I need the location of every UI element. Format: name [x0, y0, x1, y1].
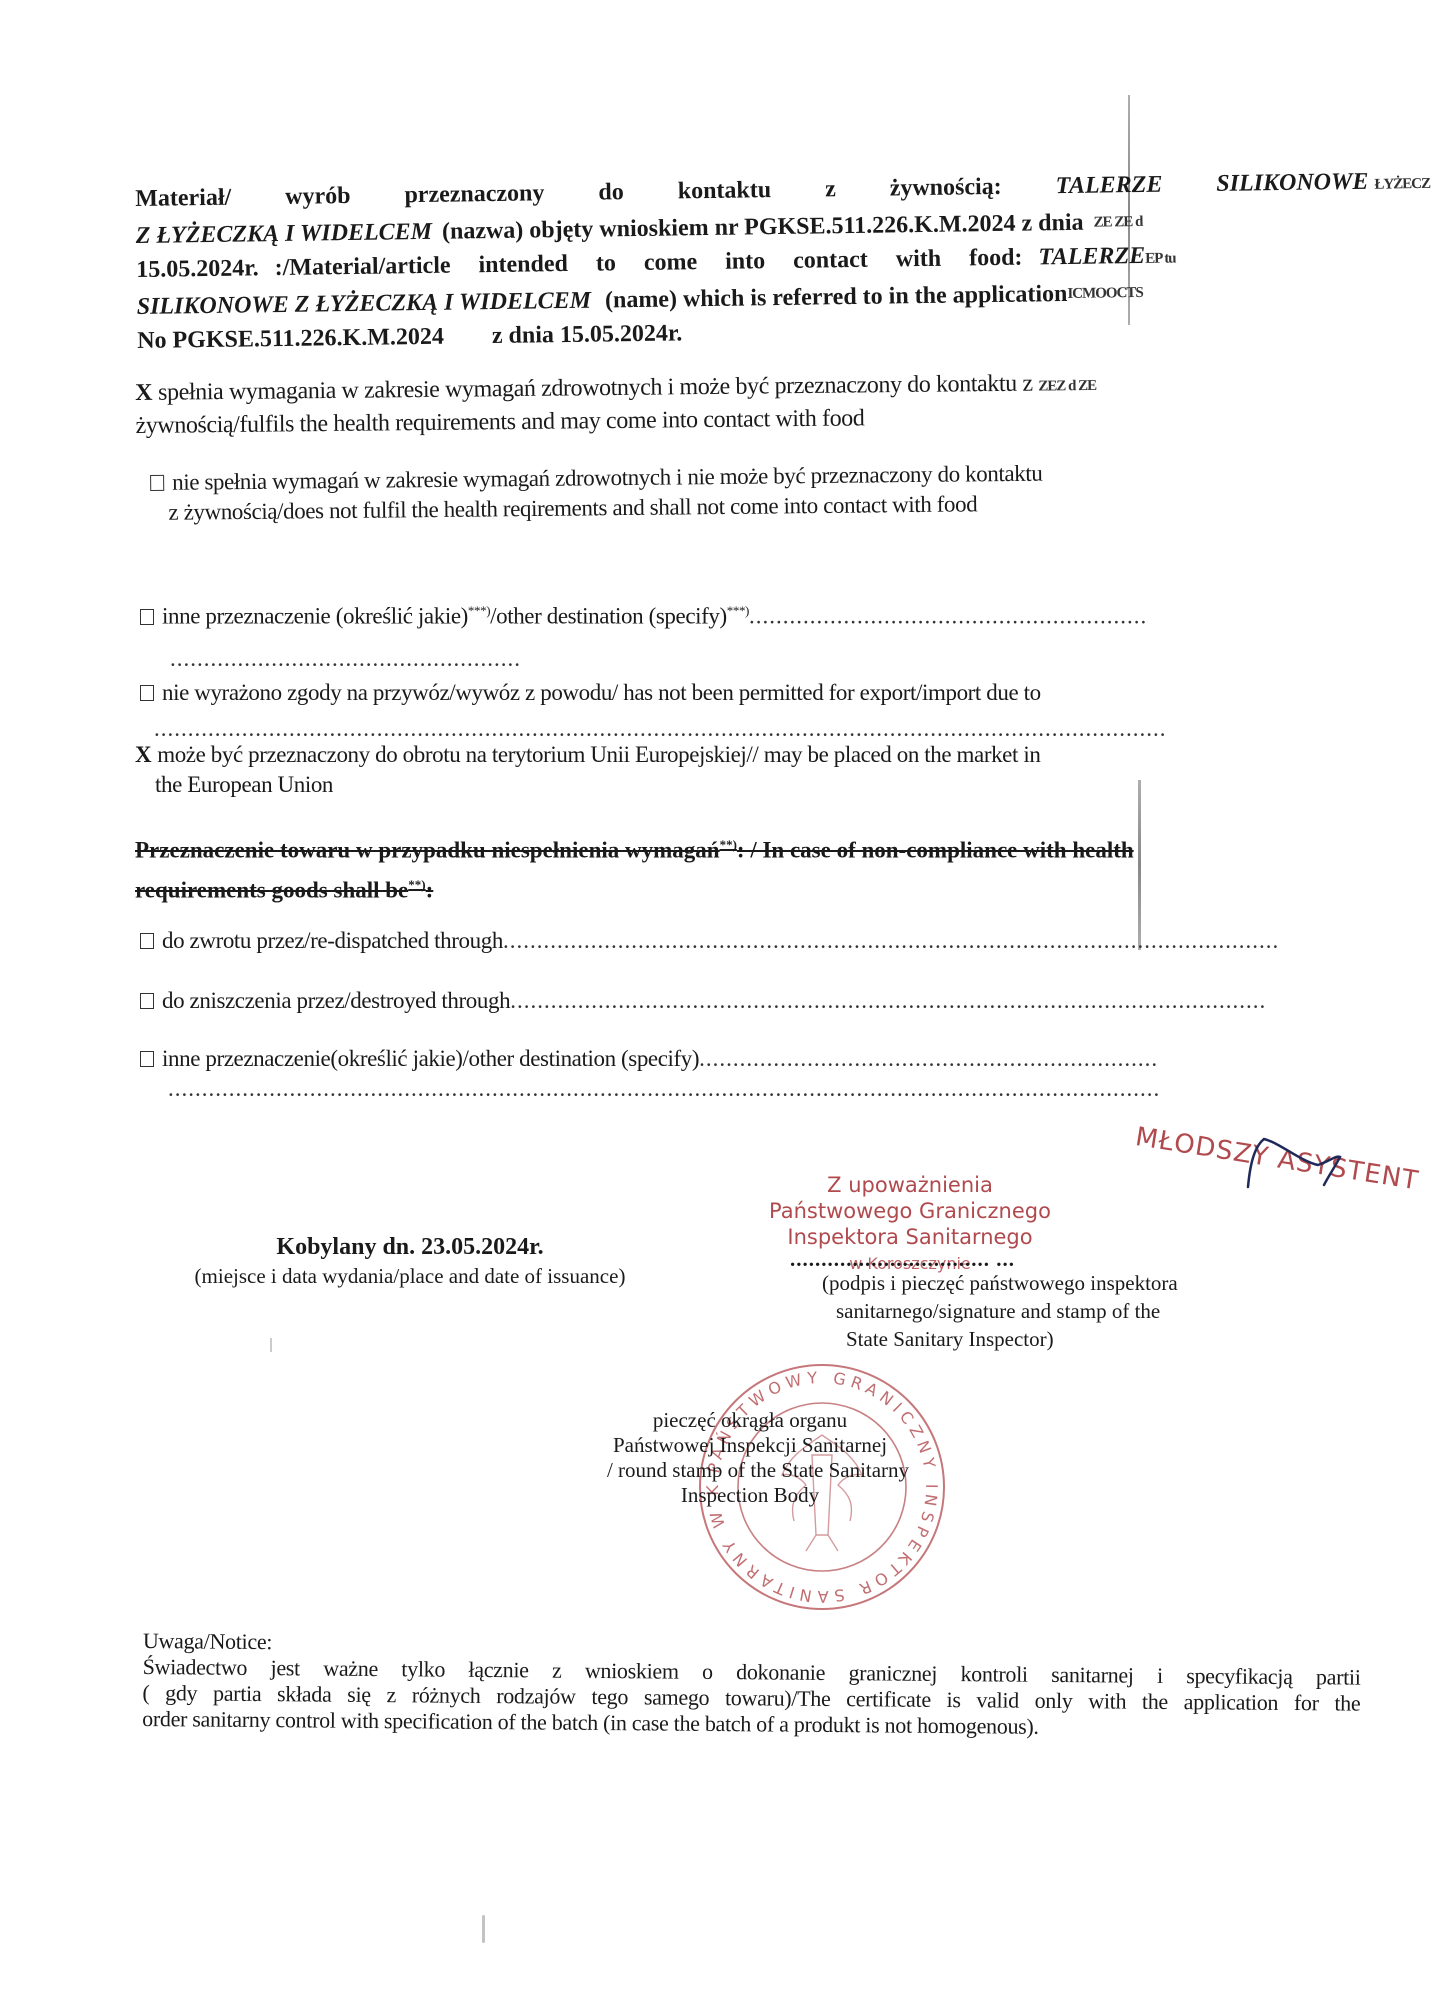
place-and-date: Kobylany dn. 23.05.2024r. (miejsce i dat… — [150, 1232, 670, 1290]
product-name: TALERZE — [1038, 243, 1145, 270]
fill-in-line: ........................................… — [170, 646, 521, 671]
fill-in-line: ........................................… — [168, 1076, 1160, 1101]
checkbox-empty-icon — [140, 933, 154, 949]
checkbox-empty-icon — [140, 609, 154, 625]
fill-in-line: ........................................… — [510, 988, 1266, 1013]
noncompliance-heading-struck: Przeznaczenie towaru w przypadku niespeł… — [135, 828, 1134, 907]
product-name: Z ŁYŻECZKĄ I WIDELCEM — [136, 215, 433, 253]
checkbox-empty-icon — [140, 685, 154, 701]
notice-section: Uwaga/Notice: Świadectwo jest ważne tylk… — [142, 1628, 1361, 1743]
option-fulfils-requirements: Xspełnia wymagania w zakresie wymagań zd… — [135, 368, 1097, 441]
option-does-not-fulfil: nie spełnia wymagań w zakresie wymagań z… — [150, 459, 1043, 528]
issuance-place-date: Kobylany dn. 23.05.2024r. — [150, 1232, 670, 1262]
checkbox-checked-x: X — [135, 742, 151, 767]
scan-fold-line — [1138, 780, 1141, 950]
option-other-destination: inne przeznaczenie (określić jakie)***)/… — [140, 596, 1147, 674]
option-destroyed: do zniszczenia przez/destroyed through..… — [140, 986, 1266, 1016]
fill-in-line: ........................................… — [503, 928, 1279, 953]
scan-artifact: ZE ZE d — [1093, 205, 1142, 240]
scan-speck — [270, 1338, 272, 1352]
option-re-dispatched: do zwrotu przez/re-dispatched through...… — [140, 926, 1279, 956]
scan-artifact: ICMOOCTS — [1067, 276, 1143, 311]
application-date: 15.05.2024r. — [136, 251, 259, 290]
option-may-be-placed-on-eu-market: Xmoże być przeznaczony do obrotu na tery… — [135, 740, 1040, 800]
scan-artifact: ŁYŻECZ — [1374, 176, 1430, 193]
checkbox-checked-x: X — [135, 380, 152, 406]
signature-block: ................................ ... (po… — [790, 1245, 1178, 1353]
fill-in-line: ........................................… — [699, 1046, 1158, 1071]
round-stamp-caption: pieczęć okrągła organu Państwowej Inspek… — [560, 1408, 940, 1508]
scan-artifact: ZEZ d ZE — [1038, 378, 1096, 395]
checkbox-empty-icon — [140, 993, 154, 1009]
product-name: SILIKONOWE — [1216, 169, 1368, 197]
product-name: TALERZE — [1055, 168, 1162, 206]
handwritten-signature — [1240, 1125, 1360, 1195]
scan-artifact: EP tu — [1145, 250, 1176, 266]
option-not-permitted-import-export: nie wyrażono zgody na przywóz/wywóz z po… — [140, 678, 1167, 744]
checkbox-empty-icon — [140, 1051, 154, 1067]
scan-speck — [482, 1915, 485, 1943]
option-other-destination-noncompliance: inne przeznaczenie(określić jakie)/other… — [140, 1044, 1160, 1104]
application-number: No PGKSE.511.226.K.M.2024 — [137, 320, 444, 358]
fill-in-line: ........................................… — [749, 604, 1147, 629]
application-date: z dnia 15.05.2024r. — [492, 316, 683, 353]
checkbox-empty-icon — [150, 475, 164, 491]
product-description-paragraph: Materiał/ wyrób przeznaczony do kontaktu… — [135, 164, 1437, 358]
fill-in-line: ........................................… — [154, 716, 1167, 741]
